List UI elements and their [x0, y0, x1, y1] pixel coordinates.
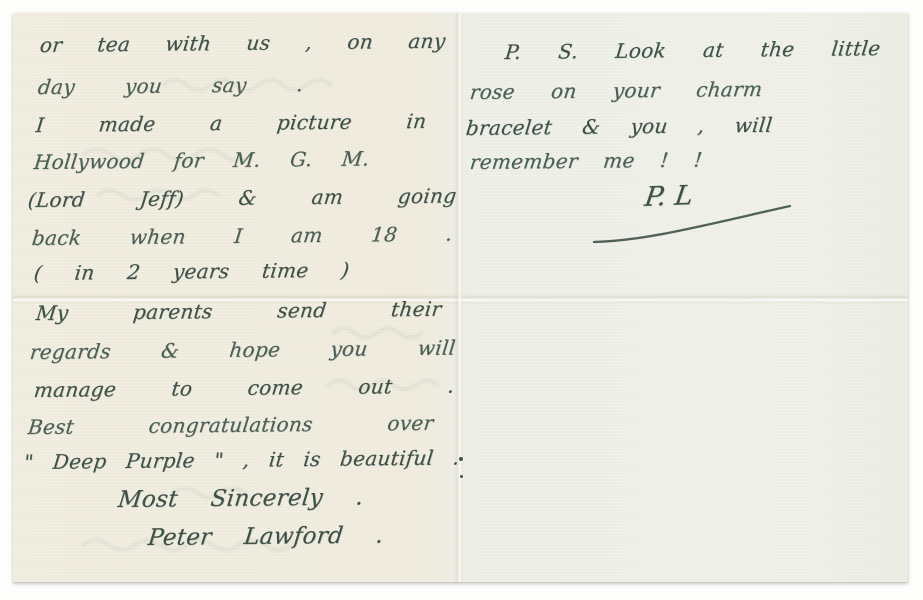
- signature-flourish: [590, 201, 795, 246]
- handwriting-line: manage to come out .: [33, 374, 456, 402]
- handwriting-line: Best congratulations over: [27, 411, 435, 439]
- signature: Peter Lawford .: [146, 523, 384, 553]
- scanned-letter: or tea with us , on any day you say . I …: [0, 0, 923, 600]
- postscript-line: rose on your charm: [469, 77, 764, 104]
- postscript-line: bracelet & you , will: [465, 113, 774, 140]
- postscript-line: P. S. Look at the little: [504, 36, 882, 64]
- handwriting-line: Hollywood for M. G. M.: [33, 146, 371, 174]
- handwriting-line: ( in 2 years time ): [33, 258, 351, 285]
- handwriting-line: My parents send their: [35, 297, 443, 325]
- handwriting-line: regards & hope you will: [29, 336, 457, 364]
- closing-line: Most Sincerely .: [116, 484, 364, 514]
- handwriting-line: " Deep Purple " , it is beautiful .: [23, 445, 461, 474]
- ink-dot: [460, 475, 463, 478]
- handwriting-line: (Lord Jeff) & am going: [27, 184, 458, 212]
- handwriting-line: I made a picture in: [35, 109, 428, 137]
- letter-sheet: or tea with us , on any day you say . I …: [13, 13, 908, 582]
- postscript-line: remember me ! !: [469, 148, 704, 174]
- ink-dot: [459, 457, 463, 461]
- initials-signature: P. L: [643, 180, 695, 213]
- handwriting-line: day you say .: [37, 72, 305, 99]
- handwriting-line: or tea with us , on any: [39, 29, 447, 57]
- fold-crease-vertical: [454, 13, 463, 582]
- handwriting-line: back when I am 18 .: [31, 222, 454, 250]
